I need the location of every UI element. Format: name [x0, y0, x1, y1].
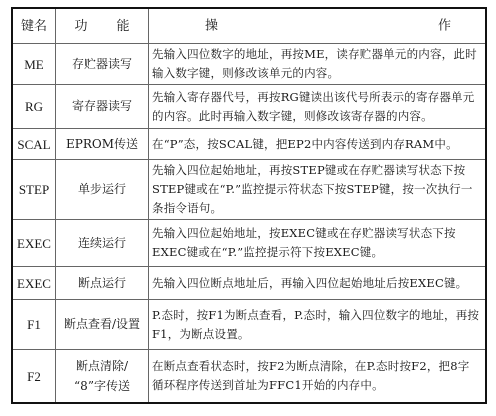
function-cell: 存贮器读写: [56, 44, 149, 84]
header-function-label-right: 能: [116, 17, 129, 36]
function-cell: 寄存器读写: [56, 85, 149, 128]
table-row: STEP 单步运行 先输入四位起始地址，再按STEP键或在存贮器读写状态下按ST…: [13, 160, 485, 220]
operation-cell: 先输入四位数字的地址，再按ME，读存贮器单元的内容，此时输入数字键，则修改该单元…: [149, 44, 485, 84]
table-row: EXEC 断点运行 先输入四位断点地址后，再输入四位起始地址后按EXEC键。: [13, 267, 485, 300]
key-name-cell: SCAL: [13, 129, 56, 159]
function-cell: 断点运行: [56, 267, 149, 299]
operation-cell: 先输入寄存器代号，再按RG键读出该代号所表示的寄存器单元的内容。此时再输入数字键…: [149, 85, 485, 128]
key-function-table: 键名 功 能 操 作 ME 存贮器读写 先输入四位数字的地址，再按ME，读存贮器…: [11, 7, 487, 404]
function-cell: 断点清除/ “8”字传送: [56, 350, 149, 402]
table-row: EXEC 连续运行 先输入四位起始地址，按EXEC键或在存贮器读写状态下按EXE…: [13, 220, 485, 267]
table-row: SCAL EPROM传送 在“P”态，按SCAL键，把EP2中内容传送到内存RA…: [13, 129, 485, 160]
operation-cell: 先输入四位起始地址，再按STEP键或在存贮器读写状态下按STEP键或在“P.”监…: [149, 160, 485, 219]
function-line-1: 断点清除/: [76, 356, 128, 376]
operation-cell: 先输入四位起始地址，按EXEC键或在存贮器读写状态下按EXEC键或在“P.”监控…: [149, 220, 485, 266]
table-row: ME 存贮器读写 先输入四位数字的地址，再按ME，读存贮器单元的内容，此时输入数…: [13, 44, 485, 85]
operation-cell: P.态时，按F1为断点查看，P.态时，输入四位数字的地址，再按F1，为断点设置。: [149, 300, 485, 349]
operation-cell: 在“P”态，按SCAL键，把EP2中内容传送到内存RAM中。: [149, 129, 485, 159]
function-cell: 连续运行: [56, 220, 149, 266]
header-key-label: 键名: [21, 17, 47, 36]
function-cell: EPROM传送: [56, 129, 149, 159]
header-operation-label-right: 作: [438, 17, 451, 36]
table-row: F1 断点查看/设置 P.态时，按F1为断点查看，P.态时，输入四位数字的地址，…: [13, 300, 485, 350]
header-key: 键名: [13, 9, 56, 43]
key-name-cell: STEP: [13, 160, 56, 219]
function-cell: 断点查看/设置: [56, 300, 149, 349]
operation-cell: 在断点查看状态时，按F2为断点清除，在P.态时按F2，把8字循环程序传送到首址为…: [149, 350, 485, 402]
header-operation-label-left: 操: [205, 17, 218, 36]
key-name-cell: ME: [13, 44, 56, 84]
header-function-label-left: 功: [75, 17, 88, 36]
key-name-cell: F2: [13, 350, 56, 402]
key-name-cell: EXEC: [13, 267, 56, 299]
table-header-row: 键名 功 能 操 作: [13, 9, 485, 44]
operation-cell: 先输入四位断点地址后，再输入四位起始地址后按EXEC键。: [149, 267, 485, 299]
key-name-cell: F1: [13, 300, 56, 349]
function-cell: 单步运行: [56, 160, 149, 219]
key-name-cell: RG: [13, 85, 56, 128]
function-line-2: “8”字传送: [74, 376, 130, 396]
header-operation: 操 作: [149, 9, 485, 43]
table-row: RG 寄存器读写 先输入寄存器代号，再按RG键读出该代号所表示的寄存器单元的内容…: [13, 85, 485, 129]
table-row: F2 断点清除/ “8”字传送 在断点查看状态时，按F2为断点清除，在P.态时按…: [13, 350, 485, 402]
key-name-cell: EXEC: [13, 220, 56, 266]
header-function: 功 能: [56, 9, 149, 43]
